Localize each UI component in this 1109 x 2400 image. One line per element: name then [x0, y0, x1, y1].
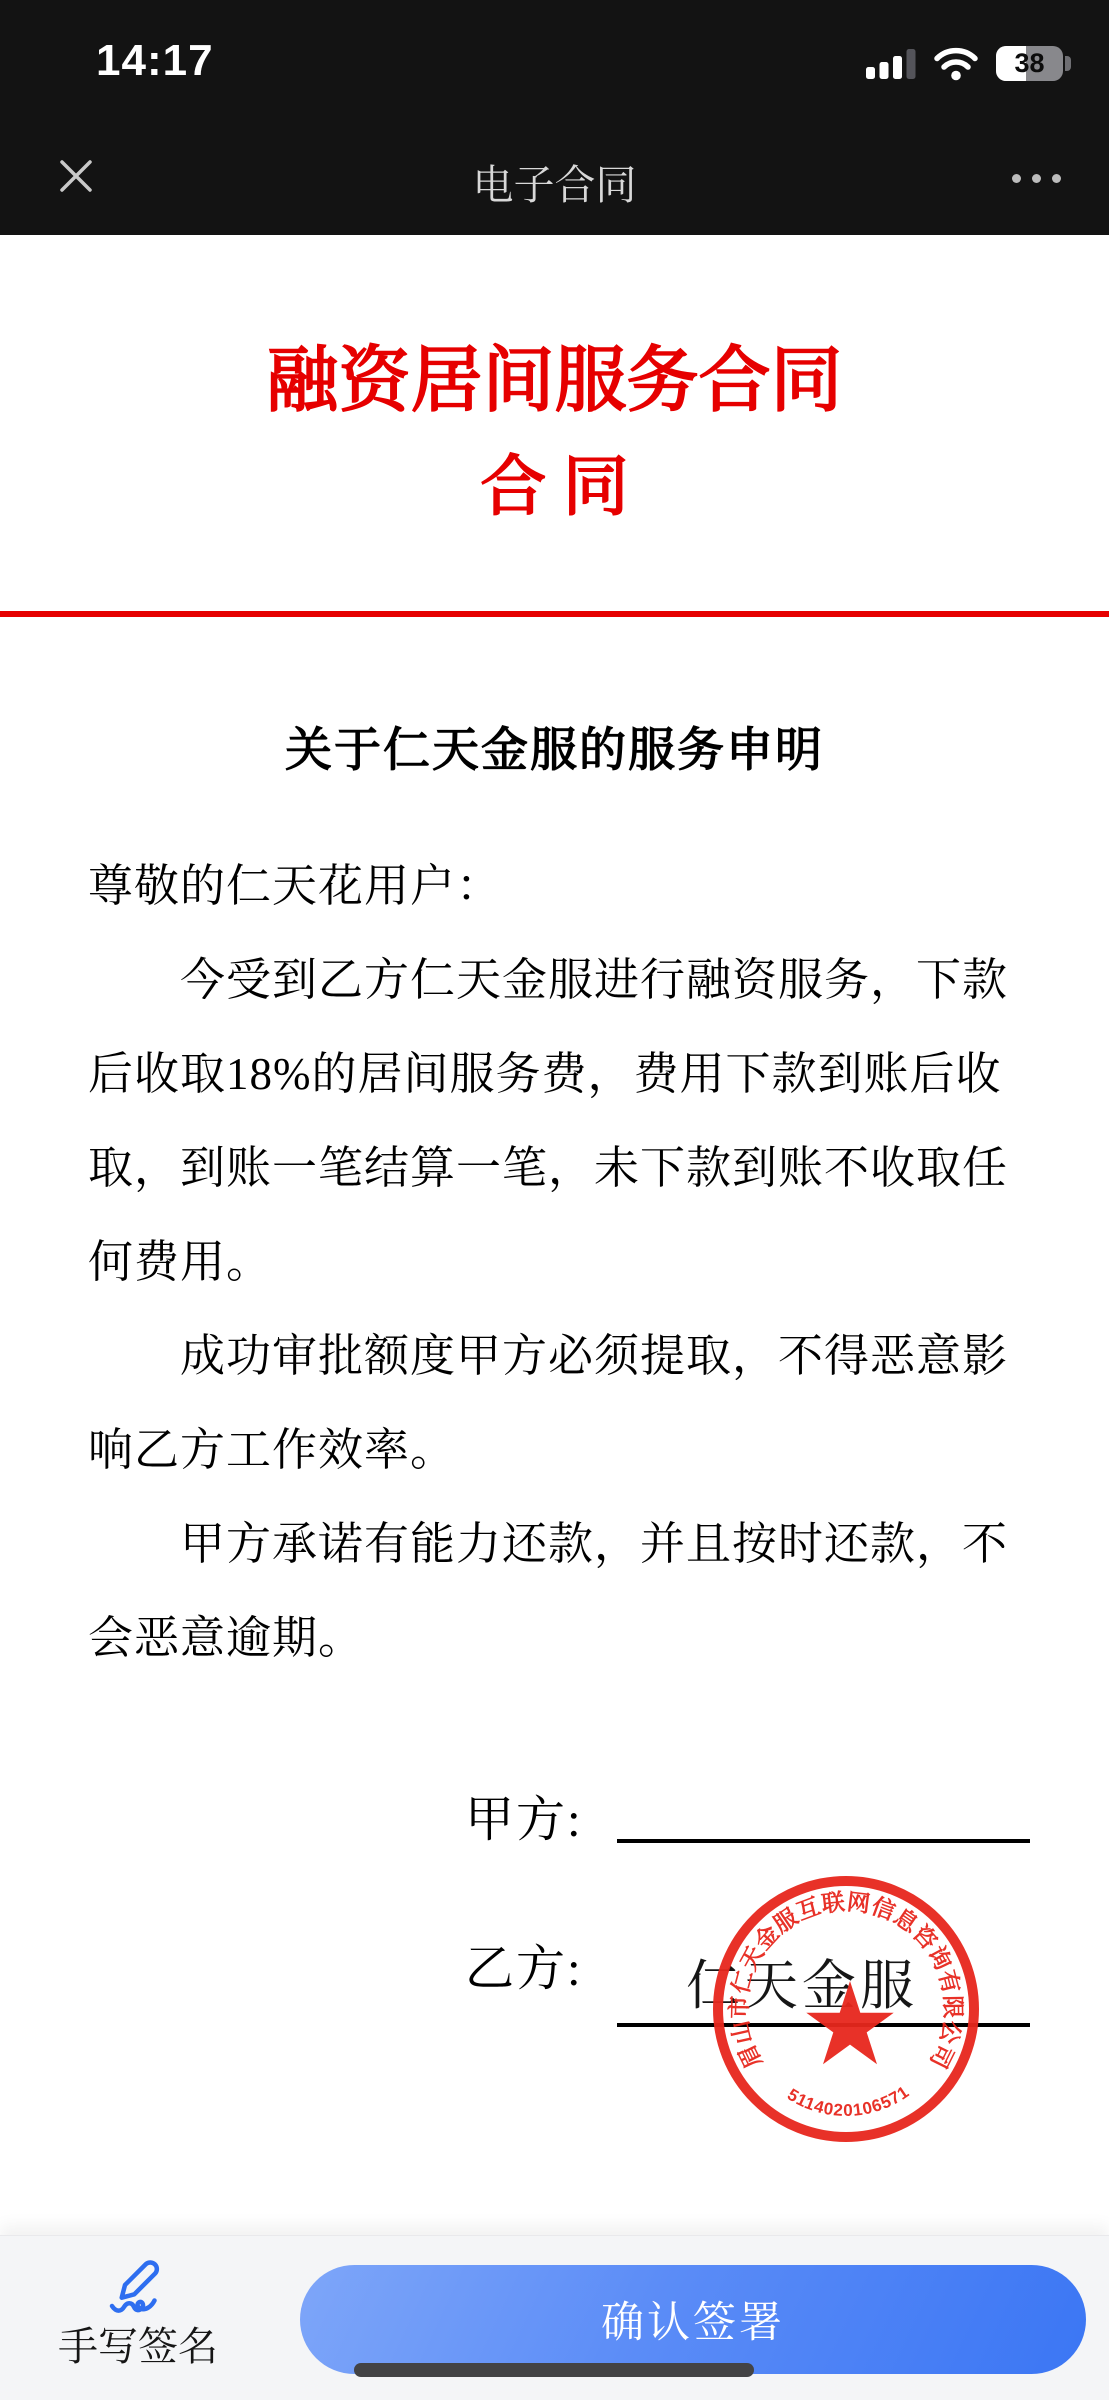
battery-percent: 38: [996, 46, 1063, 81]
contract-text-line: 后收取18%的居间服务费，费用下款到账后收: [88, 1027, 1033, 1121]
star-icon: [806, 1981, 893, 2064]
contract-text-line: 尊敬的仁天花用户：: [88, 839, 1033, 933]
ellipsis-icon: [1012, 174, 1021, 183]
contract-text-line: 今受到乙方仁天金服进行融资服务，下款: [88, 933, 1033, 1027]
contract-text-line: 甲方承诺有能力还款，并且按时还款，不: [88, 1497, 1033, 1591]
contract-text-line: 响乙方工作效率。: [88, 1403, 1033, 1497]
signature-pen-icon: [105, 2253, 171, 2317]
battery-cap: [1065, 56, 1071, 71]
home-indicator[interactable]: [354, 2363, 754, 2377]
company-seal-stamp: 眉山市仁天金服互联网信息咨询有限公司 5114020106571: [712, 1875, 980, 2143]
more-button[interactable]: [1008, 170, 1065, 187]
battery-icon: 38: [996, 46, 1063, 81]
party-a-signature-line: [617, 1839, 1030, 1843]
contract-body: 尊敬的仁天花用户： 今受到乙方仁天金服进行融资服务，下款后收取18%的居间服务费…: [88, 839, 1033, 1685]
confirm-sign-button[interactable]: 确认签署: [300, 2265, 1086, 2374]
red-divider-rule: [0, 611, 1109, 617]
status-nav-bar: 14:17 38 电子合同: [0, 0, 1109, 235]
contract-text-line: 成功审批额度甲方必须提取，不得恶意影: [88, 1309, 1033, 1403]
svg-text:5114020106571: 5114020106571: [784, 2082, 913, 2120]
page-title: 电子合同: [0, 152, 1109, 211]
handwrite-signature-button[interactable]: 手写签名: [53, 2253, 223, 2369]
screen: 14:17 38 电子合同: [0, 0, 1109, 2400]
wifi-icon: [931, 44, 981, 82]
contract-text-line: 何费用。: [88, 1215, 1033, 1309]
contract-text-line: 会恶意逾期。: [88, 1591, 1033, 1685]
status-icons: 38: [866, 42, 1063, 84]
cellular-signal-icon: [866, 47, 916, 79]
ellipsis-icon: [1052, 174, 1061, 183]
contract-document: 融资居间服务合同 合 同 关于仁天金服的服务申明 尊敬的仁天花用户： 今受到乙方…: [0, 235, 1109, 2235]
contract-text-line: 取，到账一笔结算一笔，未下款到账不收取任: [88, 1121, 1033, 1215]
contract-title-line1: 融资居间服务合同: [0, 336, 1109, 426]
seal-serial-number: 5114020106571: [784, 2082, 913, 2120]
ellipsis-icon: [1032, 174, 1041, 183]
party-a-label: 甲方:: [465, 1781, 583, 1851]
signature-label: 手写签名: [53, 2325, 223, 2369]
clock: 14:17: [96, 36, 214, 86]
contract-title-line2: 合 同: [0, 452, 1109, 524]
party-b-label: 乙方:: [465, 1930, 583, 2000]
section-heading: 关于仁天金服的服务申明: [0, 713, 1109, 780]
